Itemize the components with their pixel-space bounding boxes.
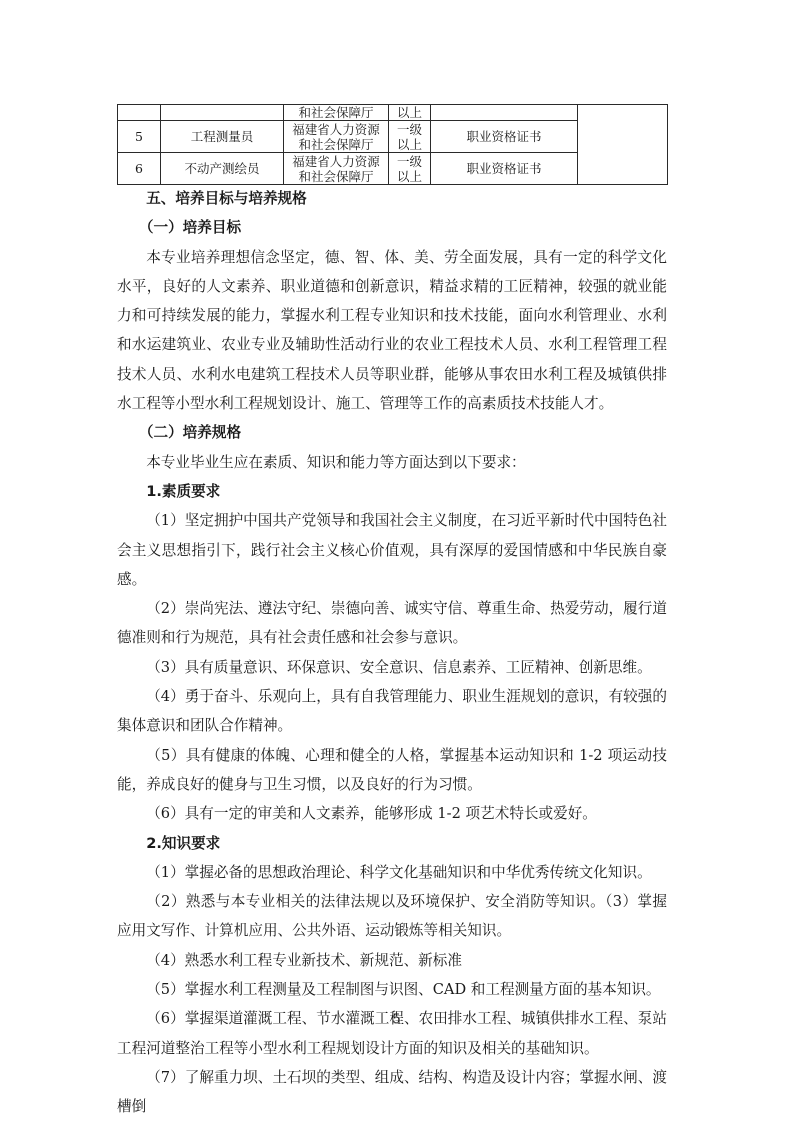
quality-heading: 1.素质要求 — [117, 477, 667, 506]
knowledge-item: （5）掌握水利工程测量及工程制图与识图、CAD 和工程测量方面的基本知识。 — [117, 975, 667, 1004]
table-cell-level: 一级 以上 — [389, 121, 431, 153]
table-cell-no: 5 — [118, 121, 161, 153]
table-cell-name: 不动产测绘员 — [161, 153, 284, 185]
section-body: 五、培养目标与培养规格 （一）培养目标 本专业培养理想信念坚定，德、智、体、美、… — [117, 184, 667, 1122]
knowledge-item: （1）掌握必备的思想政治理论、科学文化基础知识和中华优秀传统文化知识。 — [117, 858, 667, 887]
issuer-line: 福建省人力资源 — [284, 154, 388, 169]
table-cell-level: 一级 以上 — [389, 153, 431, 185]
section-heading: 五、培养目标与培养规格 — [117, 184, 667, 213]
level-line: 一级 — [389, 154, 430, 169]
knowledge-item: （2）熟悉与本专业相关的法律法规以及环境保护、安全消防等知识。（3）掌握应用文写… — [117, 887, 667, 946]
page-number: 5 — [0, 1012, 793, 1027]
issuer-line: 和社会保障厅 — [284, 169, 388, 184]
table-cell-issuer: 福建省人力资源 和社会保障厅 — [284, 153, 389, 185]
table-row: 和社会保障厅 以上 — [118, 105, 668, 121]
table-cell-name — [161, 105, 284, 121]
table-cell-issuer: 和社会保障厅 — [284, 105, 389, 121]
knowledge-item: （7）了解重力坝、土石坝的类型、组成、结构、构造及设计内容；掌握水闸、渡槽倒 — [117, 1063, 667, 1122]
level-line: 以上 — [389, 169, 430, 184]
quality-item: （4）勇于奋斗、乐观向上，具有自我管理能力、职业生涯规划的意识，有较强的集体意识… — [117, 682, 667, 741]
knowledge-heading: 2.知识要求 — [117, 829, 667, 858]
level-line: 一级 — [389, 122, 430, 137]
knowledge-item: （4）熟悉水利工程专业新技术、新规范、新标准 — [117, 946, 667, 975]
specs-intro: 本专业毕业生应在素质、知识和能力等方面达到以下要求： — [117, 448, 667, 477]
issuer-line: 福建省人力资源 — [284, 122, 388, 137]
goals-paragraph: 本专业培养理想信念坚定，德、智、体、美、劳全面发展，具有一定的科学文化水平，良好… — [117, 243, 667, 419]
table-cell-issuer: 福建省人力资源 和社会保障厅 — [284, 121, 389, 153]
quality-item: （6）具有一定的审美和人文素养，能够形成 1-2 项艺术特长或爱好。 — [117, 799, 667, 828]
table-cell-cert — [431, 105, 578, 121]
quality-item: （1）坚定拥护中国共产党领导和我国社会主义制度，在习近平新时代中国特色社会主义思… — [117, 506, 667, 594]
table-cell-note — [578, 105, 668, 185]
quality-item: （5）具有健康的体魄、心理和健全的人格，掌握基本运动知识和 1-2 项运动技能，… — [117, 741, 667, 800]
table-cell-cert: 职业资格证书 — [431, 121, 578, 153]
certificate-table: 和社会保障厅 以上 5 工程测量员 福建省人力资源 和社会保障厅 一级 以上 职… — [117, 104, 668, 185]
table-cell-no — [118, 105, 161, 121]
subsection-heading-goals: （一）培养目标 — [117, 213, 667, 242]
quality-item: （2）崇尚宪法、遵法守纪、崇德向善、诚实守信、尊重生命、热爱劳动，履行道德准则和… — [117, 594, 667, 653]
issuer-line: 和社会保障厅 — [284, 137, 388, 152]
level-line: 以上 — [389, 137, 430, 152]
table-cell-name: 工程测量员 — [161, 121, 284, 153]
table-cell-level: 以上 — [389, 105, 431, 121]
table-cell-no: 6 — [118, 153, 161, 185]
subsection-heading-specs: （二）培养规格 — [117, 418, 667, 447]
quality-item: （3）具有质量意识、环保意识、安全意识、信息素养、工匠精神、创新思维。 — [117, 653, 667, 682]
table-cell-cert: 职业资格证书 — [431, 153, 578, 185]
document-page: 和社会保障厅 以上 5 工程测量员 福建省人力资源 和社会保障厅 一级 以上 职… — [0, 0, 793, 1122]
